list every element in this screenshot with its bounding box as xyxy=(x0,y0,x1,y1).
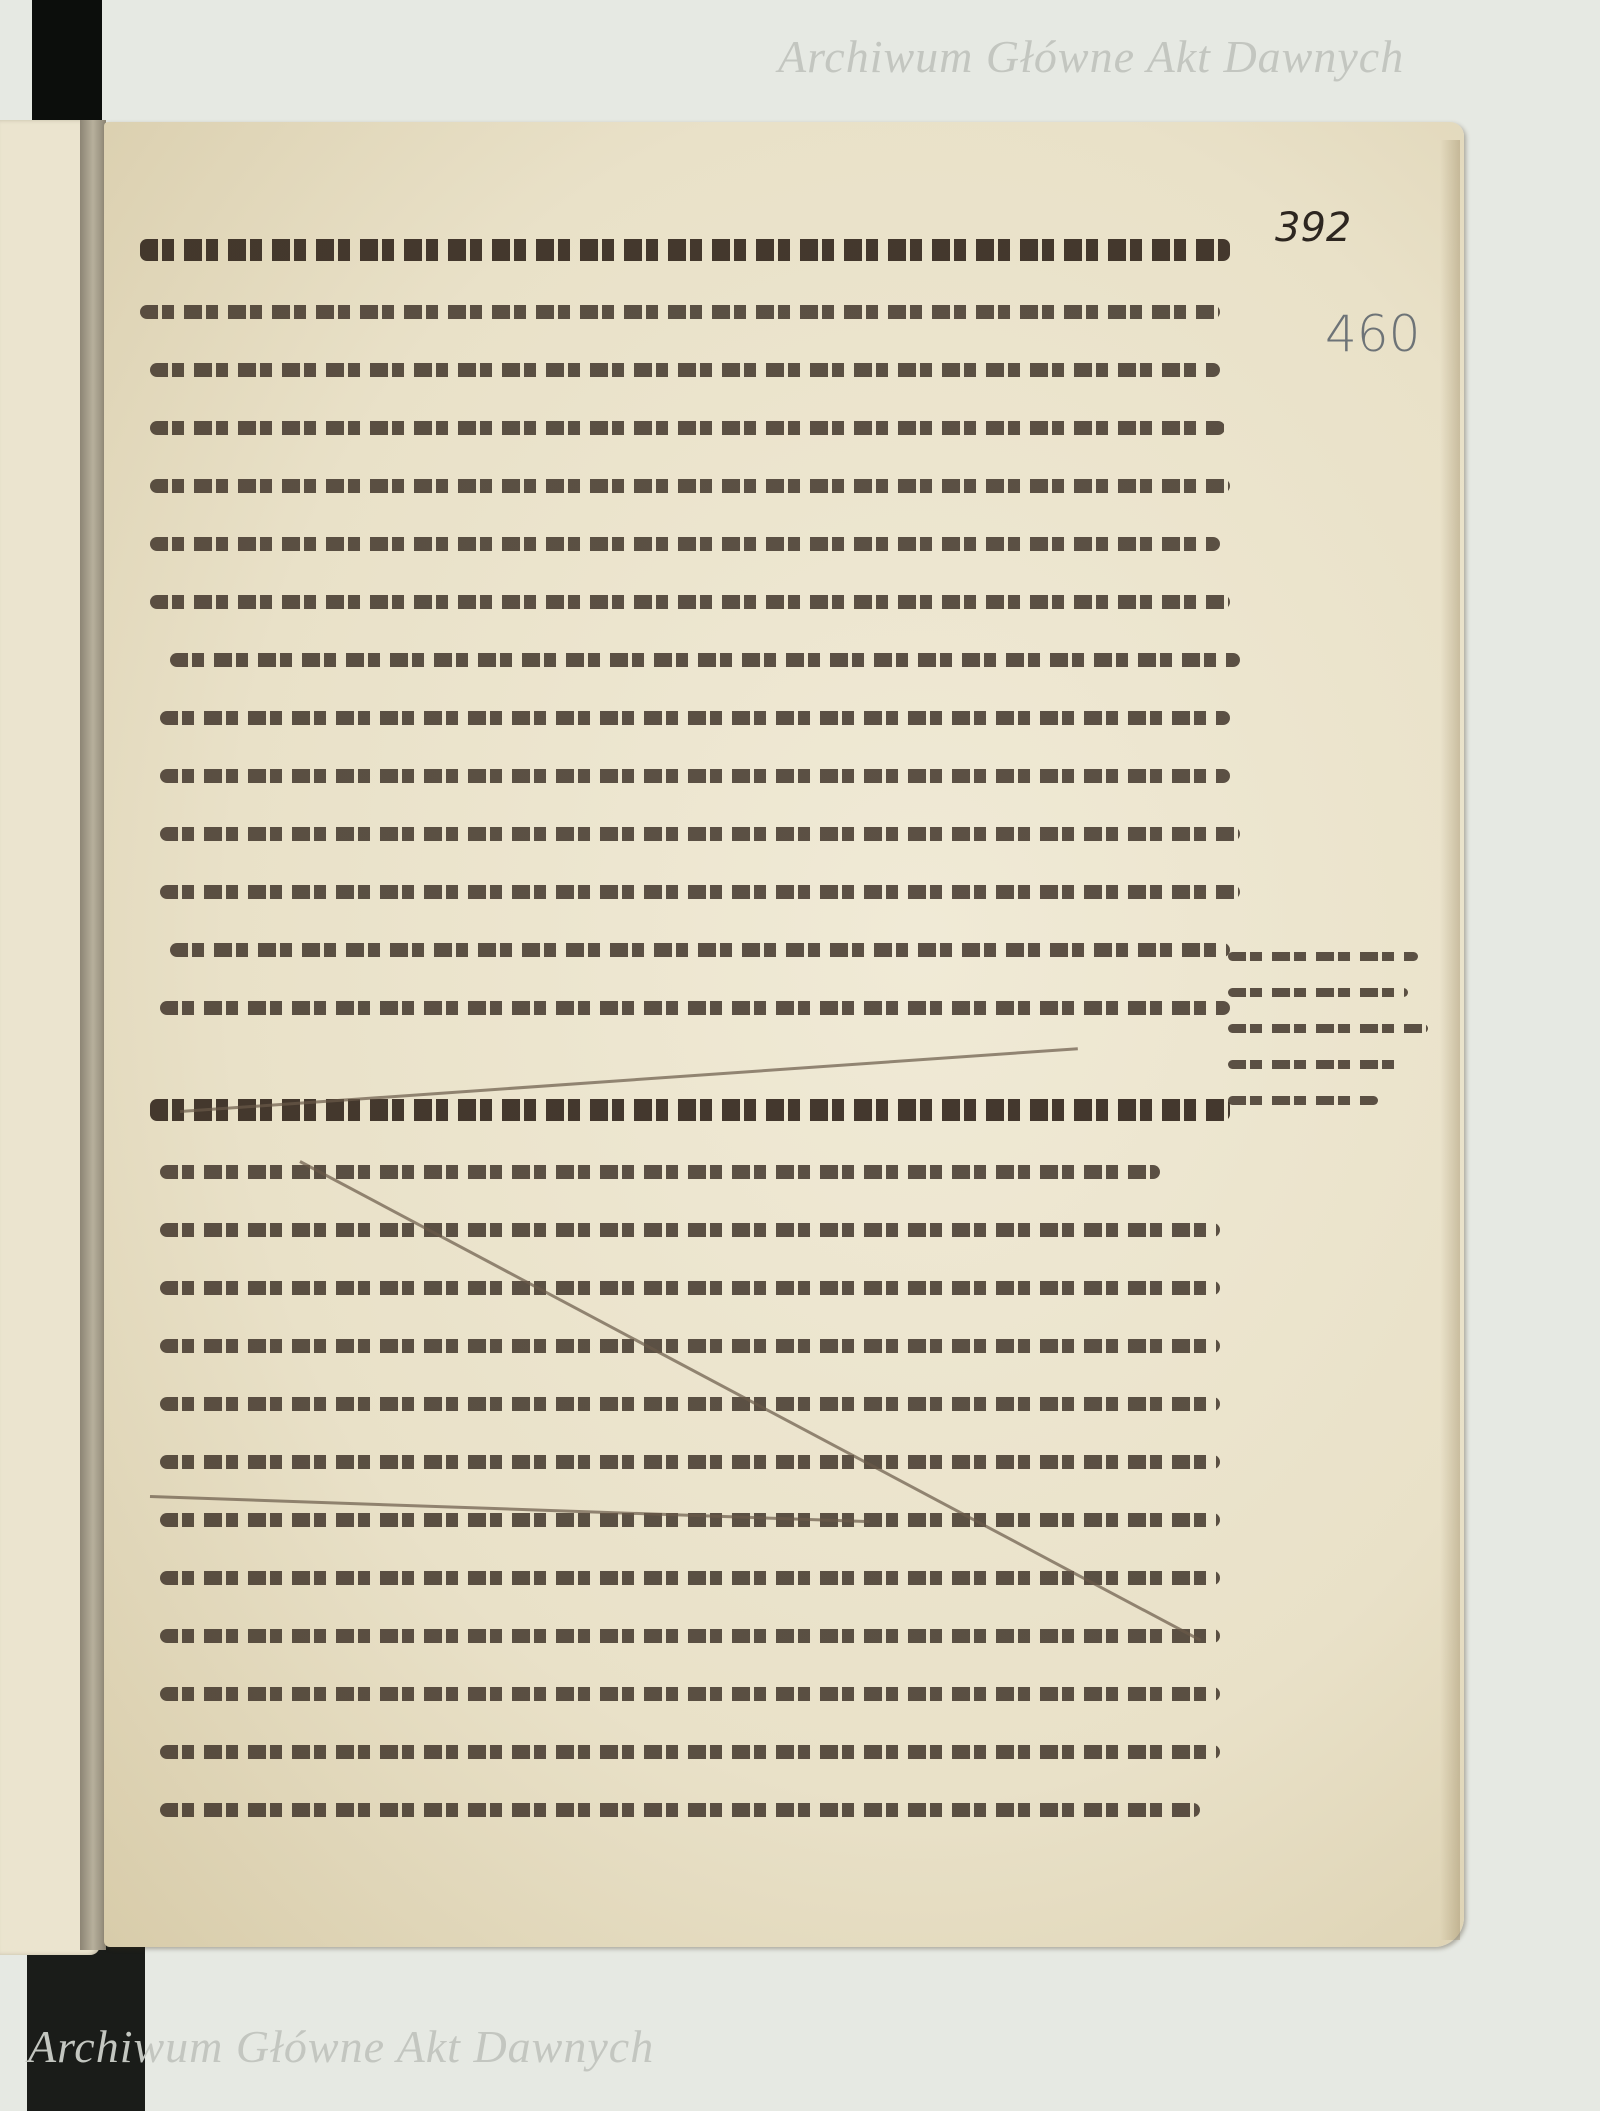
text-line xyxy=(150,1433,1260,1491)
margin-line xyxy=(1228,1038,1448,1074)
marginal-note xyxy=(1228,930,1448,1110)
text-line xyxy=(140,631,1250,689)
manuscript-text-upper xyxy=(140,225,1250,1037)
heading-line xyxy=(140,225,1250,283)
folio-number-pencil: 460 xyxy=(1325,305,1420,363)
margin-line xyxy=(1228,930,1448,966)
text-line xyxy=(140,921,1250,979)
archive-watermark-bottom: Archiwum Główne Akt Dawnych xyxy=(28,2020,654,2073)
text-line xyxy=(140,515,1250,573)
text-line xyxy=(150,1201,1260,1259)
text-line xyxy=(150,1665,1260,1723)
text-line xyxy=(140,689,1250,747)
text-line xyxy=(140,573,1250,631)
text-line xyxy=(150,1607,1260,1665)
book-gutter xyxy=(80,120,106,1950)
text-line xyxy=(150,1723,1260,1781)
text-line xyxy=(150,1549,1260,1607)
margin-line xyxy=(1228,966,1448,1002)
text-line xyxy=(140,283,1250,341)
text-line xyxy=(150,1781,1260,1839)
margin-line xyxy=(1228,1002,1448,1038)
text-line xyxy=(150,1491,1260,1549)
text-line xyxy=(140,747,1250,805)
binding-spine-top xyxy=(32,0,102,125)
text-line xyxy=(150,1085,1260,1143)
text-line xyxy=(140,399,1250,457)
margin-line xyxy=(1228,1074,1448,1110)
text-line xyxy=(150,1375,1260,1433)
manuscript-text-lower xyxy=(150,1085,1260,1839)
text-line xyxy=(140,805,1250,863)
text-line xyxy=(150,1259,1260,1317)
folio-number-ink: 392 xyxy=(1275,205,1351,251)
text-line xyxy=(140,457,1250,515)
text-line xyxy=(140,979,1250,1037)
text-line xyxy=(140,863,1250,921)
archive-watermark-top: Archiwum Główne Akt Dawnych xyxy=(778,30,1404,83)
text-line xyxy=(150,1317,1260,1375)
text-line xyxy=(140,341,1250,399)
